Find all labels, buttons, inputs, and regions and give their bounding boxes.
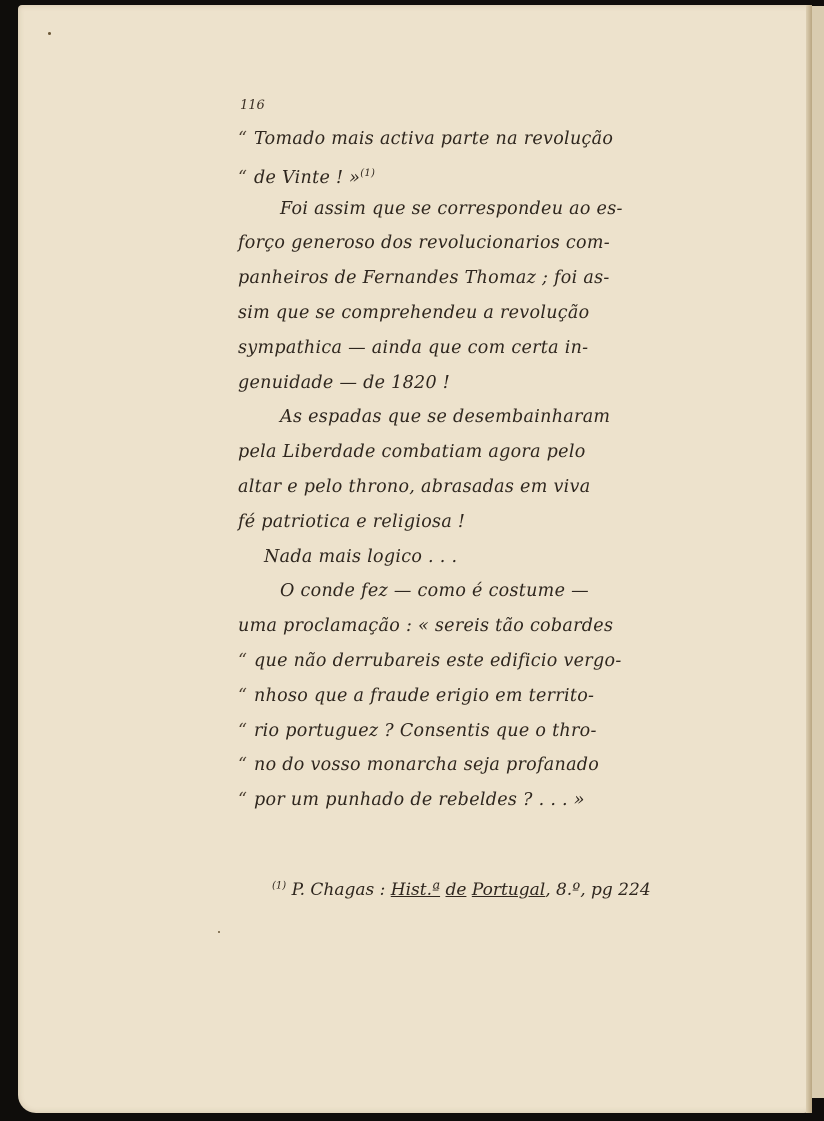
line-text: genuidade — de 1820 ! — [238, 373, 450, 393]
quote-mark: “ — [238, 679, 254, 714]
text-line: “nhoso que a fraude erigio em territo- — [238, 679, 708, 714]
text-line: “Tomado mais activa parte na revolução — [238, 122, 708, 157]
text-line: “de Vinte ! »(1) — [238, 157, 708, 192]
line-text: sympathica — ainda que com certa in- — [238, 338, 588, 358]
quote-mark: “ — [238, 714, 254, 749]
scanned-page-view: 116 “Tomado mais activa parte na revoluç… — [0, 0, 824, 1121]
paper-speck — [218, 931, 220, 933]
line-text: rio portuguez ? Consentis que o thro- — [254, 721, 597, 741]
line-text: Nada mais logico . . . — [264, 547, 457, 567]
line-text: Tomado mais activa parte na revolução — [254, 129, 613, 149]
page-number: 116 — [240, 98, 265, 113]
line-text: O conde fez — como é costume — — [280, 581, 589, 601]
footnote-title: Hist.ª — [391, 880, 440, 900]
text-line: “que não derrubareis este edificio vergo… — [238, 644, 708, 679]
line-text: Foi assim que se correspondeu ao es- — [280, 199, 623, 219]
text-line: forço generoso dos revolucionarios com- — [238, 226, 708, 261]
line-text: de Vinte ! » — [254, 168, 360, 188]
line-text: uma proclamação : « sereis tão cobardes — [238, 616, 613, 636]
text-line: O conde fez — como é costume — — [238, 574, 708, 609]
footnote-title: Portugal — [472, 880, 545, 900]
line-text: pela Liberdade combatiam agora pelo — [238, 442, 586, 462]
text-line: Foi assim que se correspondeu ao es- — [238, 192, 708, 227]
line-text: As espadas que se desembainharam — [280, 407, 610, 427]
text-line: pela Liberdade combatiam agora pelo — [238, 435, 708, 470]
text-line: genuidade — de 1820 ! — [238, 366, 708, 401]
text-line: As espadas que se desembainharam — [238, 400, 708, 435]
quote-mark: “ — [238, 122, 254, 157]
text-line: “por um punhado de rebeldes ? . . . » — [238, 783, 708, 818]
line-text: por um punhado de rebeldes ? . . . » — [254, 790, 585, 810]
text-line: Nada mais logico . . . — [238, 540, 708, 575]
text-line: altar e pelo throno, abrasadas em viva — [238, 470, 708, 505]
quote-mark: “ — [238, 644, 254, 679]
line-text: sim que se comprehendeu a revolução — [238, 303, 589, 323]
line-text: nhoso que a fraude erigio em territo- — [254, 686, 594, 706]
text-line: “rio portuguez ? Consentis que o thro- — [238, 714, 708, 749]
line-text: altar e pelo throno, abrasadas em viva — [238, 477, 590, 497]
quote-mark: “ — [238, 161, 254, 196]
footnote-reference: (1) — [360, 168, 375, 179]
line-text: forço generoso dos revolucionarios com- — [238, 233, 610, 253]
footnote-citation: , 8.º, pg 224 — [545, 880, 650, 900]
line-text: no do vosso monarcha seja profanado — [254, 755, 599, 775]
text-line: sim que se comprehendeu a revolução — [238, 296, 708, 331]
footnote-title: de — [445, 880, 466, 900]
line-text: fé patriotica e religiosa ! — [238, 512, 465, 532]
paper-speck — [48, 32, 51, 35]
handwritten-text-body: “Tomado mais activa parte na revolução “… — [238, 122, 708, 818]
page-edge — [806, 5, 812, 1113]
quote-mark: “ — [238, 748, 254, 783]
text-line: “no do vosso monarcha seja profanado — [238, 748, 708, 783]
quote-mark: “ — [238, 783, 254, 818]
footnote: (1) P. Chagas : Hist.ª de Portugal, 8.º,… — [272, 880, 651, 900]
text-line: uma proclamação : « sereis tão cobardes — [238, 609, 708, 644]
footnote-author: P. Chagas : — [292, 880, 386, 900]
text-line: fé patriotica e religiosa ! — [238, 505, 708, 540]
footnote-mark: (1) — [272, 880, 286, 891]
line-text: panheiros de Fernandes Thomaz ; foi as- — [238, 268, 610, 288]
text-line: panheiros de Fernandes Thomaz ; foi as- — [238, 261, 708, 296]
line-text: que não derrubareis este edificio vergo- — [254, 651, 622, 671]
text-line: sympathica — ainda que com certa in- — [238, 331, 708, 366]
